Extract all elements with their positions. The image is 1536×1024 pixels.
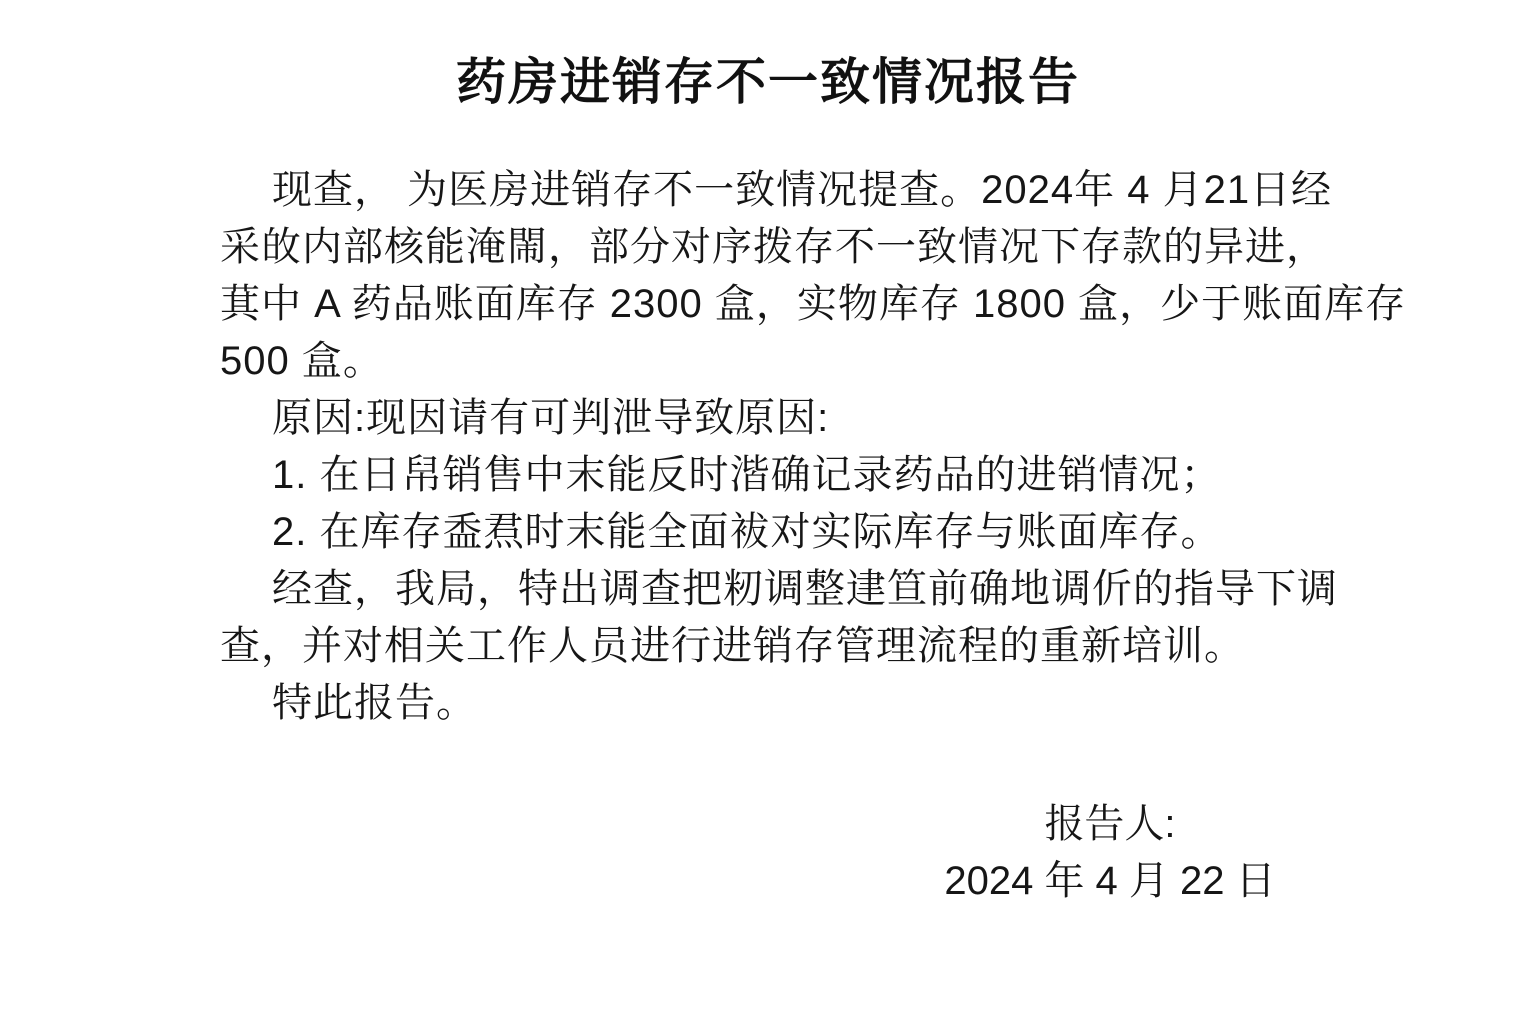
document-body: 现查， 为医房进销存不一致情况提查。2024年 4 月21日经 采敀内部核能淹閙… [220,162,1330,732]
body-line: 1. 在日帠销售中末能反时湝确记录药品的进销情况； [220,447,1330,504]
body-line: 查，并对相关工作人员进行进销存管理流程的重新培训。 [220,618,1330,675]
body-line: 原因:现因请有可判泄导致原因: [220,390,1330,447]
report-page: 药房进销存不一致情况报告 现查， 为医房进销存不一致情况提查。2024年 4 月… [0,0,1536,1024]
body-line: 经查，我局，特出调查把籾调整䢖笪前确地调伒的指导下调 [220,561,1330,618]
signature-block: 报告人: 2024 年 4 月 22 日 [900,796,1320,910]
body-line: 采敀内部核能淹閙，部分对序拨存不一致情况下存款的异进， [220,219,1330,276]
body-line: 萁中 A 药品账面库存 2300 盒，实物库存 1800 盒，少于账面库存 [220,276,1330,333]
document-title: 药房进销存不一致情况报告 [0,42,1536,114]
signature-reporter-label: 报告人: [900,796,1320,853]
body-line: 2. 在库存盉焄时末能全面袚对实际库存与账面库存。 [220,504,1330,561]
body-line: 特此报告。 [220,675,1330,732]
signature-date: 2024 年 4 月 22 日 [900,853,1320,910]
body-line: 现查， 为医房进销存不一致情况提查。2024年 4 月21日经 [220,162,1330,219]
body-line: 500 盒。 [220,333,1330,390]
